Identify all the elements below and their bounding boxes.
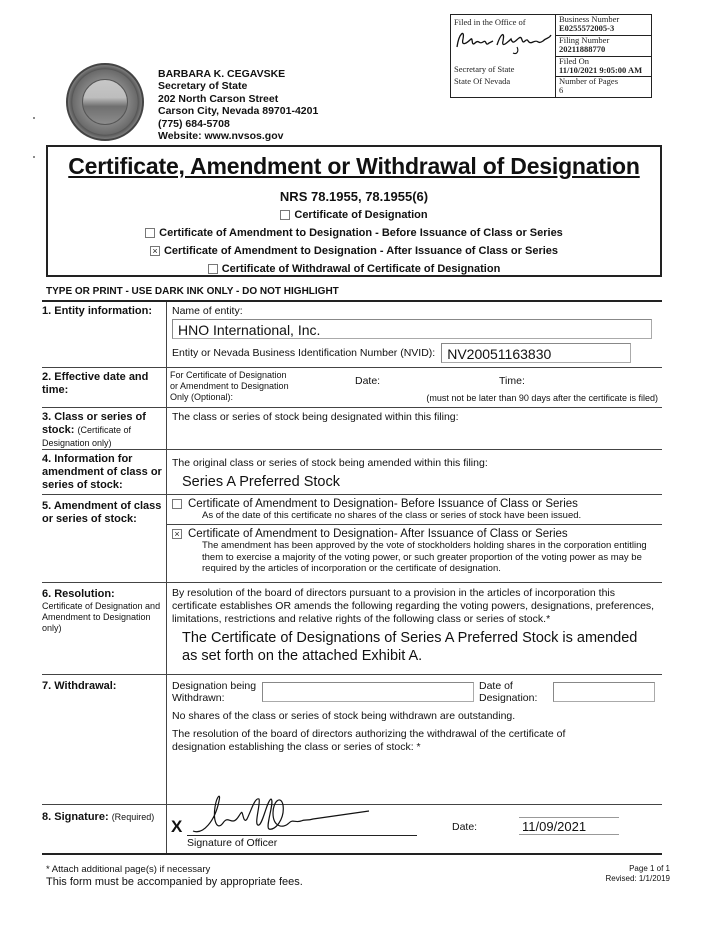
designation-withdrawn-field[interactable] xyxy=(262,682,474,702)
pages-cell: Number of Pages 6 xyxy=(556,77,651,97)
amendment-after-checkbox[interactable]: × xyxy=(172,529,182,539)
phone-number: (775) 684-5708 xyxy=(158,118,318,130)
resolution-prompt: By resolution of the board of directors … xyxy=(172,587,657,626)
effective-time-field[interactable] xyxy=(529,374,629,388)
no-shares-outstanding-text: No shares of the class or series of stoc… xyxy=(172,710,657,722)
amendment-before-checkbox[interactable] xyxy=(172,499,182,509)
secretary-of-state-address: BARBARA K. CEGAVSKE Secretary of State 2… xyxy=(158,68,318,142)
section-8-note: (Required) xyxy=(112,812,155,822)
statute-reference: NRS 78.1955, 78.1955(6) xyxy=(48,189,660,204)
ink-instructions: TYPE OR PRINT - USE DARK INK ONLY - DO N… xyxy=(46,286,339,297)
amendment-before-option: Certificate of Amendment to Designation-… xyxy=(167,495,662,525)
amendment-before-text: As of the date of this certificate no sh… xyxy=(172,510,657,522)
designation-type-label: Certificate of Amendment to Designation … xyxy=(164,245,558,257)
designation-type-option: ×Certificate of Amendment to Designation… xyxy=(48,244,660,258)
date-of-designation-label: Date of Designation: xyxy=(479,680,553,704)
page-info: Page 1 of 1 Revised: 1/1/2019 xyxy=(560,864,670,884)
designation-type-option: Certificate of Amendment to Designation … xyxy=(48,226,660,240)
filed-on-label: Filed On xyxy=(559,56,589,66)
designation-type-option: Certificate of Designation xyxy=(48,208,660,222)
business-number: E0255572005-3 xyxy=(559,24,648,33)
secretary-name: BARBARA K. CEGAVSKE xyxy=(158,68,318,80)
withdrawal-resolution-prompt: The resolution of the board of directors… xyxy=(172,728,612,754)
officer-signature-icon[interactable] xyxy=(189,791,389,839)
original-class-field[interactable]: Series A Preferred Stock xyxy=(172,473,657,491)
filed-on-cell: Filed On 11/10/2021 9:05:00 AM xyxy=(556,57,651,78)
filing-stamp: Filed in the Office of Secretary of Stat… xyxy=(450,14,652,98)
signature-date-field[interactable]: 11/09/2021 xyxy=(519,817,619,835)
street-address: 202 North Carson Street xyxy=(158,93,318,105)
entity-name-field[interactable]: HNO International, Inc. xyxy=(172,319,652,339)
effective-date-constraint: (must not be later than 90 days after th… xyxy=(426,393,658,403)
section-7-label: 7. Withdrawal: xyxy=(42,675,167,804)
filed-on: 11/10/2021 9:05:00 AM xyxy=(559,66,648,75)
designation-withdrawn-label: Designation being Withdrawn: xyxy=(172,680,262,704)
pages-count: 6 xyxy=(559,86,648,95)
section-1-label: 1. Entity information: xyxy=(42,302,167,367)
business-number-cell: Business Number E0255572005-3 xyxy=(556,15,651,36)
designation-form: 1. Entity information: Name of entity: H… xyxy=(42,300,662,855)
fees-note: This form must be accompanied by appropr… xyxy=(46,876,303,888)
section-4-label: 4. Information for amendment of class or… xyxy=(42,450,167,494)
filing-number: 20211888770 xyxy=(559,45,648,54)
designation-type-checkbox[interactable] xyxy=(280,210,290,220)
signature-date-label: Date: xyxy=(452,821,477,833)
amendment-after-text: The amendment has been approved by the v… xyxy=(172,540,657,575)
form-title-box: Certificate, Amendment or Withdrawal of … xyxy=(46,145,662,277)
section-amendment-type: 5. Amendment of class or series of stock… xyxy=(42,495,662,583)
section-5-label: 5. Amendment of class or series of stock… xyxy=(42,495,167,582)
revised-date: Revised: 1/1/2019 xyxy=(560,874,670,884)
filing-number-cell: Filing Number 20211888770 xyxy=(556,36,651,57)
section-6-label-block: 6. Resolution: Certificate of Designatio… xyxy=(42,583,167,674)
page-number: Page 1 of 1 xyxy=(560,864,670,874)
effective-date-note: For Certificate of Designation or Amendm… xyxy=(170,370,295,403)
designation-type-checkbox[interactable]: × xyxy=(150,246,160,256)
section-6-label: 6. Resolution: xyxy=(42,588,164,601)
page-title: Certificate, Amendment or Withdrawal of … xyxy=(48,153,660,180)
pages-label: Number of Pages xyxy=(559,76,618,86)
original-class-prompt: The original class or series of stock be… xyxy=(172,457,657,469)
scan-mark xyxy=(33,117,35,119)
section-8-label: 8. Signature: xyxy=(42,811,109,823)
section-effective-date: 2. Effective date and time: For Certific… xyxy=(42,368,662,408)
website: Website: www.nvsos.gov xyxy=(158,130,318,142)
section-withdrawal: 7. Withdrawal: Designation being Withdra… xyxy=(42,675,662,805)
section-resolution: 6. Resolution: Certificate of Designatio… xyxy=(42,583,662,675)
amendment-before-title: Certificate of Amendment to Designation-… xyxy=(188,498,578,510)
effective-date-field[interactable] xyxy=(382,374,482,388)
section-6-note: Certificate of Designation and Amendment… xyxy=(42,601,164,634)
designation-type-label: Certificate of Amendment to Designation … xyxy=(159,227,563,239)
section-entity-information: 1. Entity information: Name of entity: H… xyxy=(42,302,662,368)
section-8-label-block: 8. Signature: (Required) xyxy=(42,805,167,853)
signature-x-mark: X xyxy=(171,817,182,837)
filing-office-block: Filed in the Office of Secretary of Stat… xyxy=(451,15,556,97)
office-line-2: State Of Nevada xyxy=(454,75,514,87)
nvid-field[interactable]: NV20051163830 xyxy=(441,343,631,363)
section-class-of-stock: 3. Class or series of stock: (Certificat… xyxy=(42,408,662,450)
section-amendment-info: 4. Information for amendment of class or… xyxy=(42,450,662,495)
designation-type-option: Certificate of Withdrawal of Certificate… xyxy=(48,262,660,276)
effective-time-label: Time: xyxy=(499,375,525,387)
section-signature: 8. Signature: (Required) X Signature of … xyxy=(42,805,662,853)
amendment-after-option: × Certificate of Amendment to Designatio… xyxy=(167,525,662,578)
section-2-label: 2. Effective date and time: xyxy=(42,368,167,407)
scan-mark xyxy=(33,156,35,158)
withdrawal-resolution-field[interactable] xyxy=(172,754,657,774)
date-of-designation-field[interactable] xyxy=(553,682,655,702)
amendment-after-title: Certificate of Amendment to Designation-… xyxy=(188,528,568,540)
effective-date-label: Date: xyxy=(355,375,380,387)
section-3-label-block: 3. Class or series of stock: (Certificat… xyxy=(42,408,167,449)
entity-name-label: Name of entity: xyxy=(172,305,657,317)
attach-pages-note: * Attach additional page(s) if necessary xyxy=(46,864,210,875)
designation-type-label: Certificate of Designation xyxy=(294,209,427,221)
secretary-signature-icon xyxy=(453,25,553,57)
class-designated-prompt: The class or series of stock being desig… xyxy=(172,411,657,423)
nvid-label: Entity or Nevada Business Identification… xyxy=(172,347,435,359)
nevada-state-seal-icon xyxy=(66,63,144,141)
designation-type-label: Certificate of Withdrawal of Certificate… xyxy=(222,263,501,275)
city-address: Carson City, Nevada 89701-4201 xyxy=(158,105,318,117)
designation-type-checkbox[interactable] xyxy=(145,228,155,238)
class-designated-field[interactable] xyxy=(172,423,657,441)
designation-type-checkbox[interactable] xyxy=(208,264,218,274)
signature-caption: Signature of Officer xyxy=(187,837,277,849)
office-line-1: Secretary of State xyxy=(454,63,514,75)
secretary-title: Secretary of State xyxy=(158,80,318,92)
resolution-field[interactable]: The Certificate of Designations of Serie… xyxy=(172,629,642,665)
